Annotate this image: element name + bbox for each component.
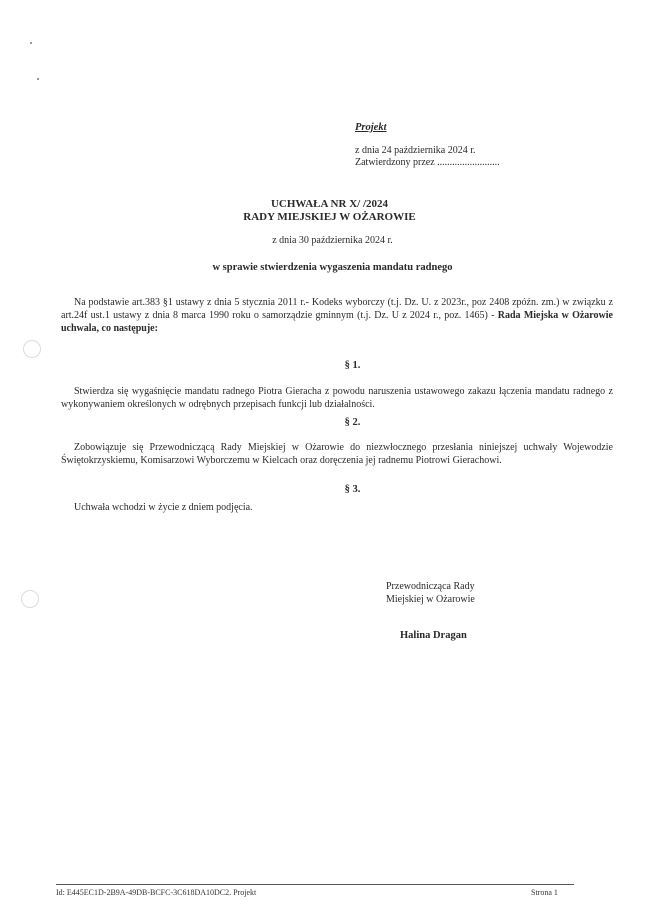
project-date: z dnia 24 października 2024 r. (355, 145, 500, 157)
section-paragraph-1: Stwierdza się wygaśnięcie mandatu radneg… (61, 385, 613, 411)
section-heading-1: § 1. (0, 360, 653, 371)
section-text-2: Zobowiązuje się Przewodniczącą Rady Miej… (61, 442, 613, 466)
punch-hole-icon (23, 340, 41, 358)
section-paragraph-2: Zobowiązuje się Przewodniczącą Rady Miej… (61, 441, 613, 467)
footer-page-number: Strona 1 (531, 888, 558, 897)
section-heading-2: § 2. (0, 417, 653, 428)
punch-hole-icon (21, 590, 39, 608)
footer-divider (56, 884, 574, 885)
title-line-1: UCHWAŁA NR X/ /2024 (0, 198, 653, 211)
signature-block: Przewodnicząca Rady Miejskiej w Ożarowie (386, 580, 475, 606)
project-label: Projekt (355, 122, 387, 133)
title-line-2: RADY MIEJSKIEJ W OŻAROWIE (0, 211, 653, 224)
section-heading-3: § 3. (0, 484, 653, 495)
section-paragraph-3: Uchwała wchodzi w życie z dniem podjęcia… (61, 501, 613, 514)
section-text-3: Uchwała wchodzi w życie z dniem podjęcia… (74, 502, 253, 513)
signature-role-line-1: Przewodnicząca Rady (386, 580, 475, 593)
signature-role-line-2: Miejskiej w Ożarowie (386, 593, 475, 606)
resolution-date: z dnia 30 października 2024 r. (0, 235, 653, 246)
document-page: Projekt z dnia 24 października 2024 r. Z… (0, 0, 653, 900)
footer-document-id: Id: E445EC1D-2B9A-49DB-BCFC-3C618DA10DC2… (56, 888, 256, 897)
section-text-1: Stwierdza się wygaśnięcie mandatu radneg… (61, 386, 613, 410)
project-info: z dnia 24 października 2024 r. Zatwierdz… (355, 145, 500, 169)
legal-basis-paragraph: Na podstawie art.383 §1 ustawy z dnia 5 … (61, 296, 613, 335)
scan-speck (30, 42, 32, 44)
approved-by: Zatwierdzony przez .....................… (355, 157, 500, 169)
document-title: UCHWAŁA NR X/ /2024 RADY MIEJSKIEJ W OŻA… (0, 198, 653, 224)
signer-name: Halina Dragan (400, 630, 467, 641)
scan-speck (37, 78, 39, 80)
resolution-subject: w sprawie stwierdzenia wygaszenia mandat… (0, 262, 653, 273)
